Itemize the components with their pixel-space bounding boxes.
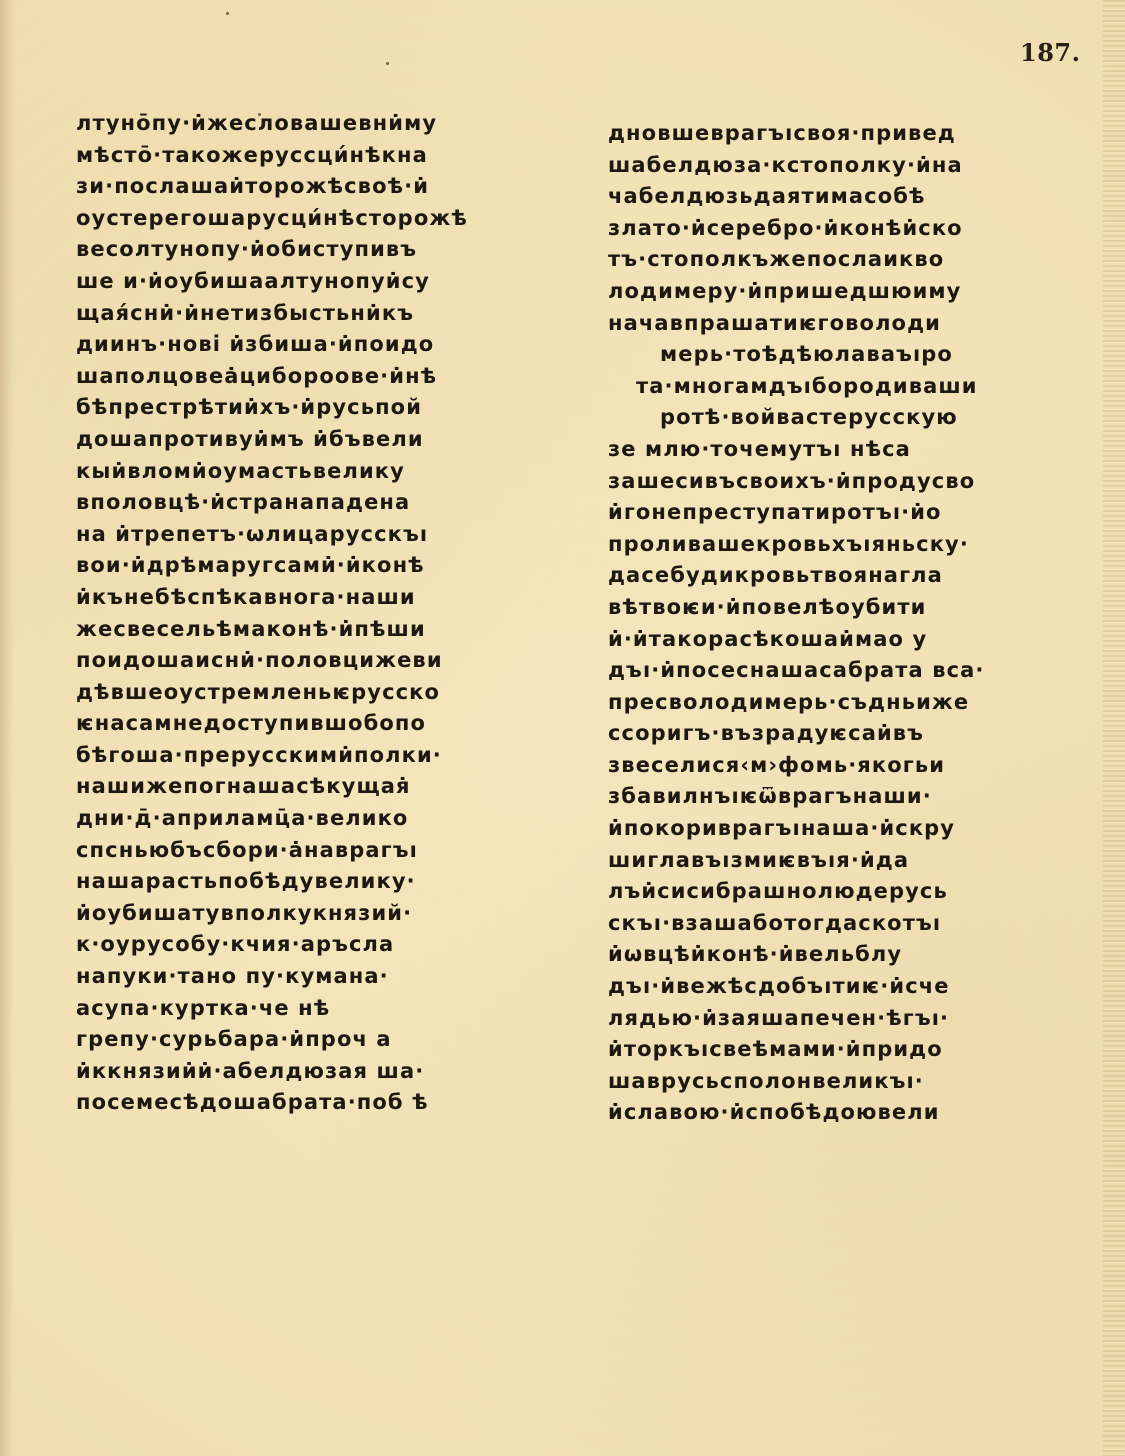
manuscript-line: кыи̇вломи̇оумастьвелику (76, 456, 576, 488)
right-text-column: дновшеврагъıсвоя·привед шабелдюза·кстопо… (608, 118, 1108, 1129)
manuscript-line: и̇·и̇такорасѣкошаи̇мао у (608, 624, 1108, 656)
manuscript-line: ѥнасамнедоступившобопо (76, 708, 576, 740)
manuscript-line: диинъ·новi и̇збиша·и̇поидо (76, 329, 576, 361)
page-left-edge-shadow (0, 0, 14, 1456)
manuscript-line: злато·и̇серебро·и̇конѣи̇ско (608, 213, 1108, 245)
manuscript-line: и̇оубишатувполкукнязий· (76, 898, 576, 930)
manuscript-line: дасебудикровьтвоянагла (608, 560, 1108, 592)
ink-speck (226, 12, 229, 15)
manuscript-line: лъи̇сисибрашнолюдерусь (608, 876, 1108, 908)
manuscript-line: жесвесельѣмаконѣ·и̇пѣши (76, 614, 576, 646)
manuscript-line: щая́сни̇·и̇нетизбыстьни̇къ (76, 298, 576, 330)
manuscript-line: ссоригъ·възрадуѥсаи̇въ (608, 718, 1108, 750)
manuscript-line: бѣгоша·прерусскими̇полки· (76, 740, 576, 772)
manuscript-line: ротѣ·войваcтерусскую (608, 402, 1108, 434)
manuscript-line: мерь·тоѣдѣюлаваъıро (608, 339, 1108, 371)
manuscript-line: шабелдюза·кстополку·и̇на (608, 150, 1108, 182)
manuscript-line: зе млю·точемутъı нѣса (608, 434, 1108, 466)
manuscript-line: звеселися‹м›фомь·якогьи (608, 750, 1108, 782)
manuscript-line: на и̇трепетъ·ѡлицарусскъı (76, 519, 576, 551)
manuscript-line: дъı·и̇вежѣсдобъıтиѥ·и̇сче (608, 971, 1108, 1003)
manuscript-line: дновшеврагъıсвоя·привед (608, 118, 1108, 150)
manuscript-line: посемесѣдошабрата·поб ѣ (76, 1087, 576, 1119)
manuscript-line: и̇торкъıсвеѣмами·и̇придо (608, 1034, 1108, 1066)
manuscript-line: дошапротивуи̇мъ и̇бъвели (76, 424, 576, 456)
manuscript-line: и̇гонепреступатиротъı·и̇о (608, 497, 1108, 529)
manuscript-line: и̇славою·и̇спобѣдоювели (608, 1097, 1108, 1129)
manuscript-line: лтуно̄пу·и̇жесловашевни̇му (76, 108, 576, 140)
manuscript-line: пресволодимерь·съдньиже (608, 687, 1108, 719)
manuscript-line: нашарастьпобѣдувелику· (76, 866, 576, 898)
ink-speck (386, 62, 389, 65)
manuscript-line: зи·послашаи̇торожѣсвоѣ·и̇ (76, 171, 576, 203)
manuscript-line: грепу·сурьбара·и̇проч а (76, 1024, 576, 1056)
manuscript-line: шиглавъıзмиѥвъıя·и̇да (608, 845, 1108, 877)
manuscript-line: оустерегошарусци́нѣсторожѣ (76, 203, 576, 235)
manuscript-line: вполовцѣ·и̇странападена (76, 487, 576, 519)
manuscript-line: и̇кънебѣспѣкавнога·наши (76, 582, 576, 614)
manuscript-line: дни·д̄·априламц̄а·велико (76, 803, 576, 835)
page-number: 187. (1020, 38, 1080, 67)
manuscript-line: збавилнъıѥѿврагънаши· (608, 781, 1108, 813)
manuscript-line: начавпрашатиѥговолоди (608, 308, 1108, 340)
manuscript-line: весолтунопу·и̇обиступивъ (76, 234, 576, 266)
manuscript-line: скъı·взашаботогдаскотъı (608, 908, 1108, 940)
manuscript-line: ше и·и̇оубишаалтунопуи̇су (76, 266, 576, 298)
manuscript-line: и̇ѡвцѣи̇конѣ·и̇вельблу (608, 939, 1108, 971)
manuscript-line: и̇ккнязии̇и̇·абелдюзая ша· (76, 1056, 576, 1088)
manuscript-line: лодимеру·и̇пришедшюиму (608, 276, 1108, 308)
manuscript-line: зашесивъсвоихъ·и̇продусво (608, 466, 1108, 498)
manuscript-line: лядью·и̇заяшапечен·ѣгъı· (608, 1003, 1108, 1035)
manuscript-line: проливашекровьхъıяньску· (608, 529, 1108, 561)
left-text-column: лтуно̄пу·и̇жесловашевни̇му мѣсто̄·такоже… (76, 108, 576, 1119)
manuscript-line: асупа·куртка·че нѣ (76, 993, 576, 1025)
manuscript-line: шаврусьсполонвеликъı· (608, 1066, 1108, 1098)
manuscript-line: к·оурусобу·кчия·аръсла (76, 929, 576, 961)
manuscript-line: спсньюбъсбори·а̇наврагъı (76, 835, 576, 867)
manuscript-line: та·многамдъıбородиваши (608, 371, 1108, 403)
manuscript-line: поидошаисни̇·половцижеви (76, 645, 576, 677)
manuscript-line: нашижепогнашасѣкущая̇ (76, 771, 576, 803)
manuscript-line: напуки·тано пу·кумана· (76, 961, 576, 993)
manuscript-line: бѣпрестрѣтии̇хъ·и̇русьпой (76, 392, 576, 424)
manuscript-line: мѣсто̄·такожеруссци́нѣкна (76, 140, 576, 172)
manuscript-line: вѣтвоѥи·и̇повелѣоубити (608, 592, 1108, 624)
manuscript-line: шаполцовеа̇цибороове·и̇нѣ (76, 361, 576, 393)
manuscript-line: и̇покориврагъıнаша·и̇скру (608, 813, 1108, 845)
manuscript-line: чабелдюзьдаятимасобѣ (608, 181, 1108, 213)
manuscript-page: 187. лтуно̄пу·и̇жесловашевни̇му мѣсто̄·т… (0, 0, 1125, 1456)
manuscript-line: вои·и̇дрѣмаругсами̇·и̇конѣ (76, 550, 576, 582)
manuscript-line: тъ·стополкъжепослаикво (608, 244, 1108, 276)
manuscript-line: дъı·и̇посеснашасабрата вса· (608, 655, 1108, 687)
manuscript-line: дѣвшеоустремленьѥрусско (76, 677, 576, 709)
